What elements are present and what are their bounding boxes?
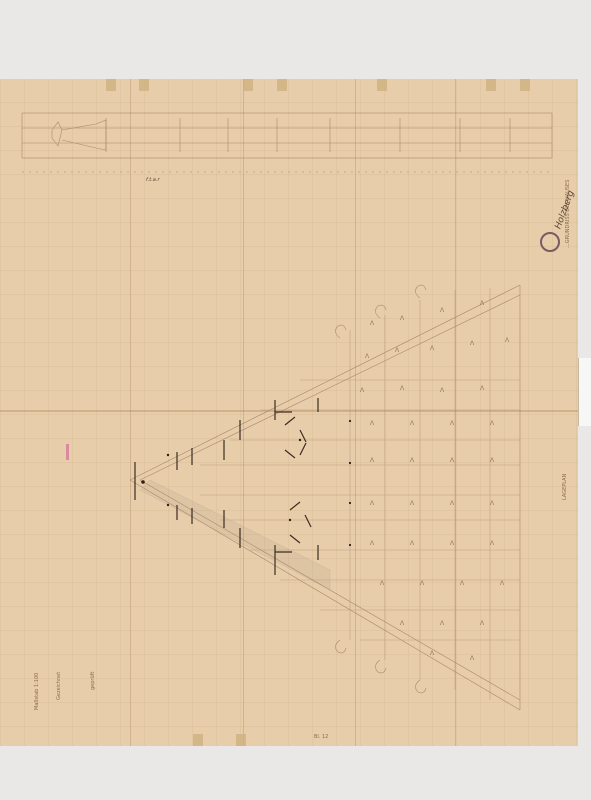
svg-text:ᐱ: ᐱ <box>505 337 510 344</box>
svg-text:ᐱ: ᐱ <box>360 387 365 394</box>
svg-text:ᐱ: ᐱ <box>365 353 370 360</box>
right-vertical-note: LAGEPLAN <box>562 474 568 500</box>
left-note-1: Maßstab 1:100 <box>34 673 40 710</box>
svg-text:ᐱ: ᐱ <box>370 457 375 464</box>
svg-text:ᐱ: ᐱ <box>470 655 475 662</box>
svg-text:ᐱ: ᐱ <box>450 500 455 507</box>
svg-text:ᐱ: ᐱ <box>400 620 405 627</box>
svg-text:ᐱ: ᐱ <box>410 420 415 427</box>
svg-text:ᐱ: ᐱ <box>430 345 435 352</box>
circular-stamp <box>540 232 560 252</box>
svg-text:ᐱ: ᐱ <box>380 580 385 587</box>
drawing-linework: ᐱᐱᐱᐱ ᐱᐱᐱᐱᐱ ᐱᐱᐱᐱ ᐱᐱᐱᐱ ᐱᐱᐱᐱ ᐱᐱᐱᐱ ᐱᐱᐱᐱ ᐱᐱᐱᐱ… <box>0 0 591 800</box>
svg-text:ᐱ: ᐱ <box>410 457 415 464</box>
svg-text:ᐱ: ᐱ <box>420 580 425 587</box>
svg-text:ᐱ: ᐱ <box>410 540 415 547</box>
svg-text:ᐱ: ᐱ <box>440 307 445 314</box>
svg-text:ᐱ: ᐱ <box>490 420 495 427</box>
svg-text:ᐱ: ᐱ <box>450 540 455 547</box>
svg-text:ᐱ: ᐱ <box>490 457 495 464</box>
sheet-number: Bl. 12 <box>314 734 328 740</box>
svg-text:ᐱ: ᐱ <box>410 500 415 507</box>
svg-text:ᐱ: ᐱ <box>470 340 475 347</box>
svg-text:ᐱ: ᐱ <box>370 540 375 547</box>
left-note-3: geprüft <box>90 672 96 690</box>
svg-text:ᐱ: ᐱ <box>370 500 375 507</box>
paper-edge-tab <box>578 358 591 426</box>
svg-text:ᐱ: ᐱ <box>370 320 375 327</box>
elevation-note: f.t.a.r <box>146 177 160 183</box>
svg-text:ᐱ: ᐱ <box>500 580 505 587</box>
svg-text:ᐱ: ᐱ <box>430 650 435 657</box>
svg-text:ᐱ: ᐱ <box>480 300 485 307</box>
svg-text:ᐱ: ᐱ <box>400 315 405 322</box>
svg-text:ᐱ: ᐱ <box>450 420 455 427</box>
svg-text:ᐱ: ᐱ <box>370 420 375 427</box>
svg-text:ᐱ: ᐱ <box>440 387 445 394</box>
svg-text:ᐱ: ᐱ <box>480 620 485 627</box>
svg-text:ᐱ: ᐱ <box>480 385 485 392</box>
svg-text:ᐱ: ᐱ <box>440 620 445 627</box>
svg-text:ᐱ: ᐱ <box>490 540 495 547</box>
svg-text:ᐱ: ᐱ <box>395 347 400 354</box>
svg-text:ᐱ: ᐱ <box>490 500 495 507</box>
svg-text:ᐱ: ᐱ <box>400 385 405 392</box>
red-pencil-mark <box>66 444 69 460</box>
svg-text:ᐱ: ᐱ <box>450 457 455 464</box>
svg-text:ᐱ: ᐱ <box>460 580 465 587</box>
left-note-2: Gezeichnet <box>56 672 62 700</box>
